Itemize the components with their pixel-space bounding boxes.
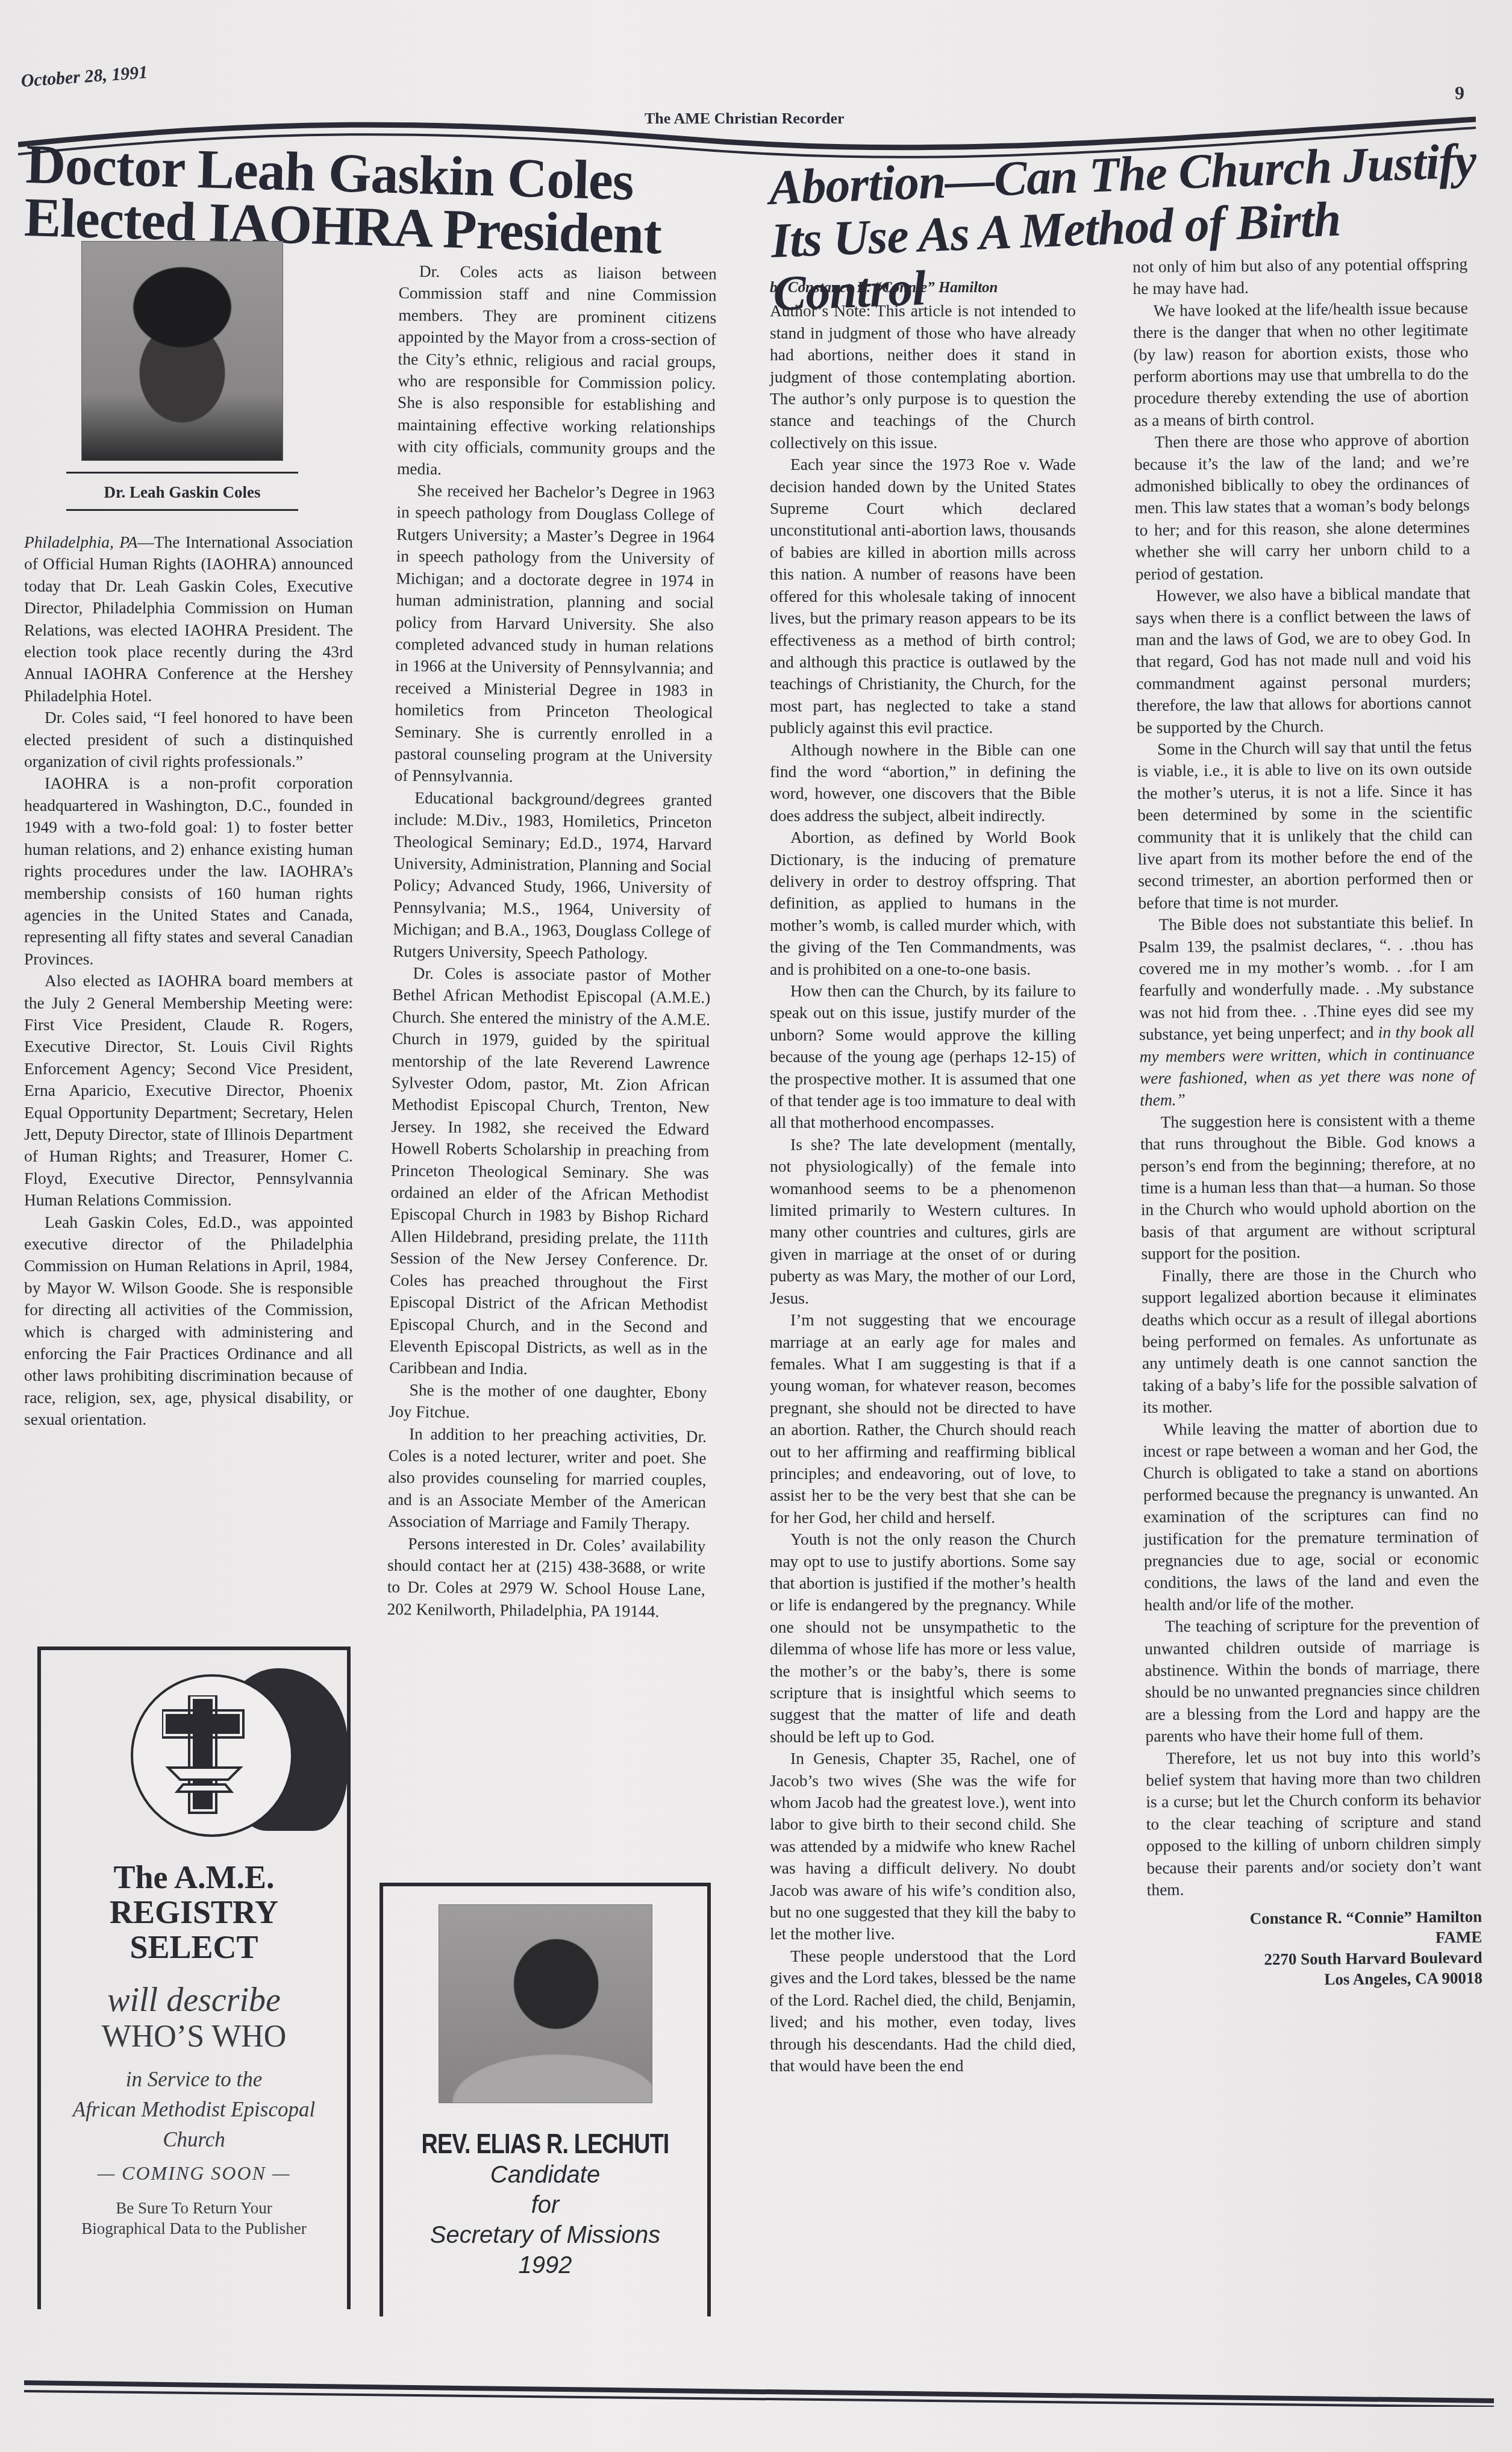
service-line2: African Methodist Episcopal bbox=[41, 2095, 347, 2125]
dateline-place: Philadelphia, PA bbox=[24, 533, 137, 551]
author-signature: Constance R. “Connie” Hamilton FAME 2270… bbox=[1147, 1907, 1482, 1992]
abortion-paragraph: The suggestion here is consistent with a… bbox=[1140, 1109, 1476, 1265]
lechuti-candidate-ad: REV. ELIAS R. LECHUTI Candidate for Secr… bbox=[380, 1883, 711, 2316]
abortion-paragraph: Although nowhere in the Bible can one fi… bbox=[770, 739, 1076, 827]
authors-note: Author’s Note: This article is not inten… bbox=[770, 300, 1076, 454]
registry-whos-who: WHO’S WHO bbox=[41, 2019, 347, 2055]
abortion-paragraph: While leaving the matter of abortion due… bbox=[1143, 1416, 1479, 1616]
coles-paragraph: Dr. Coles acts as liaison between Commis… bbox=[397, 260, 717, 483]
coles-paragraph: In addition to her preaching activities,… bbox=[388, 1422, 707, 1535]
abortion-paragraph: Therefore, let us not buy into this worl… bbox=[1146, 1745, 1482, 1901]
issue-date: October 28, 1991 bbox=[20, 62, 149, 92]
registry-title: The A.M.E. REGISTRY SELECT bbox=[41, 1860, 347, 1965]
return-data-notice: Be Sure To Return Your Biographical Data… bbox=[41, 2198, 347, 2239]
signature-org: FAME bbox=[1147, 1927, 1482, 1951]
coles-paragraph: Persons interested in Dr. Coles’ availab… bbox=[387, 1532, 705, 1622]
coles-photo-caption: Dr. Leah Gaskin Coles bbox=[66, 472, 298, 511]
ame-logo bbox=[95, 1662, 293, 1843]
abortion-paragraph: The Bible does not substantiate this bel… bbox=[1139, 911, 1475, 1111]
abortion-paragraph: Each year since the 1973 Roe v. Wade dec… bbox=[770, 454, 1076, 739]
registry-title-line3: SELECT bbox=[41, 1930, 347, 1965]
abortion-paragraph: Finally, there are those in the Church w… bbox=[1142, 1262, 1478, 1419]
candidate-line2: for bbox=[383, 2190, 707, 2220]
abortion-paragraph: not only of him but also of any potentia… bbox=[1132, 253, 1468, 300]
coles-column-1: Philadelphia, PA—The International Assoc… bbox=[24, 531, 353, 1431]
service-line1: in Service to the bbox=[41, 2065, 347, 2095]
signature-name: Constance R. “Connie” Hamilton bbox=[1147, 1907, 1482, 1930]
signature-city: Los Angeles, CA 90018 bbox=[1148, 1968, 1482, 1992]
abortion-paragraph: Some in the Church will say that until t… bbox=[1137, 736, 1473, 914]
coles-paragraph: Philadelphia, PA—The International Assoc… bbox=[24, 531, 353, 707]
footer-rule bbox=[24, 2377, 1494, 2407]
abortion-paragraph: How then can the Church, by its failure … bbox=[770, 980, 1076, 1134]
coles-paragraph: Dr. Coles said, “I feel honored to have … bbox=[24, 707, 353, 772]
return-line1: Be Sure To Return Your bbox=[41, 2198, 347, 2218]
abortion-byline: by Constance R. “Connie” Hamilton bbox=[770, 277, 1076, 299]
coles-paragraph: Also elected as IAOHRA board members at … bbox=[24, 970, 353, 1211]
abortion-paragraph: Abortion, as defined by World Book Dicti… bbox=[770, 827, 1076, 980]
abortion-paragraph: In Genesis, Chapter 35, Rachel, one of J… bbox=[770, 1748, 1076, 1945]
abortion-column-2: not only of him but also of any potentia… bbox=[1132, 253, 1482, 1991]
abortion-paragraph: Is she? The late development (mentally, … bbox=[770, 1134, 1076, 1309]
abortion-paragraph: Then there are those who approve of abor… bbox=[1134, 428, 1470, 585]
abortion-paragraph: These people understood that the Lord gi… bbox=[770, 1945, 1076, 2077]
candidate-name: REV. ELIAS R. LECHUTI bbox=[412, 2127, 678, 2160]
lechuti-portrait-photo bbox=[439, 1904, 652, 2103]
newspaper-page: October 28, 1991 The AME Christian Recor… bbox=[0, 0, 1512, 2452]
candidate-line1: Candidate bbox=[383, 2160, 707, 2190]
abortion-paragraph: The teaching of scripture for the preven… bbox=[1145, 1613, 1481, 1747]
service-line3: Church bbox=[41, 2125, 347, 2155]
coles-paragraph: Educational background/degrees granted i… bbox=[393, 787, 713, 965]
registry-script-line: will describe bbox=[41, 1981, 347, 2019]
abortion-paragraph: We have looked at the life/health issue … bbox=[1133, 297, 1469, 431]
signature-street: 2270 South Harvard Boulevard bbox=[1148, 1948, 1482, 1971]
coles-paragraph: She received her Bachelor’s Degree in 19… bbox=[394, 480, 714, 789]
return-line2: Biographical Data to the Publisher bbox=[41, 2218, 347, 2239]
ame-registry-ad: The A.M.E. REGISTRY SELECT will describe… bbox=[37, 1647, 351, 2309]
abortion-paragraph: Youth is not the only reason the Church … bbox=[770, 1528, 1076, 1748]
coles-paragraph: She is the mother of one daughter, Ebony… bbox=[389, 1379, 707, 1425]
abortion-column-1: by Constance R. “Connie” Hamilton Author… bbox=[770, 277, 1076, 2077]
coles-paragraph: IAOHRA is a non-profit corporation headq… bbox=[24, 772, 353, 970]
coles-column-2: Dr. Coles acts as liaison between Commis… bbox=[387, 260, 717, 1623]
candidate-year: 1992 bbox=[383, 2250, 707, 2280]
coles-portrait-photo bbox=[81, 241, 283, 461]
registry-title-line1: The A.M.E. bbox=[41, 1860, 347, 1895]
registry-service-text: in Service to the African Methodist Epis… bbox=[41, 2065, 347, 2155]
abortion-paragraph: However, we also have a biblical mandate… bbox=[1136, 582, 1472, 739]
coming-soon-label: — COMING SOON — bbox=[41, 2162, 347, 2185]
coles-paragraph: Leah Gaskin Coles, Ed.D., was appointed … bbox=[24, 1212, 353, 1431]
registry-title-line2: REGISTRY bbox=[41, 1895, 347, 1930]
coles-lead-text: —The International Association of Offici… bbox=[24, 533, 353, 705]
coles-paragraph: Dr. Coles is associate pastor of Mother … bbox=[389, 962, 711, 1381]
page-number: 9 bbox=[1455, 82, 1464, 104]
candidate-office: Secretary of Missions bbox=[383, 2220, 707, 2250]
abortion-paragraph: I’m not suggesting that we encourage mar… bbox=[770, 1309, 1076, 1528]
cross-anvil-icon bbox=[162, 1695, 246, 1816]
